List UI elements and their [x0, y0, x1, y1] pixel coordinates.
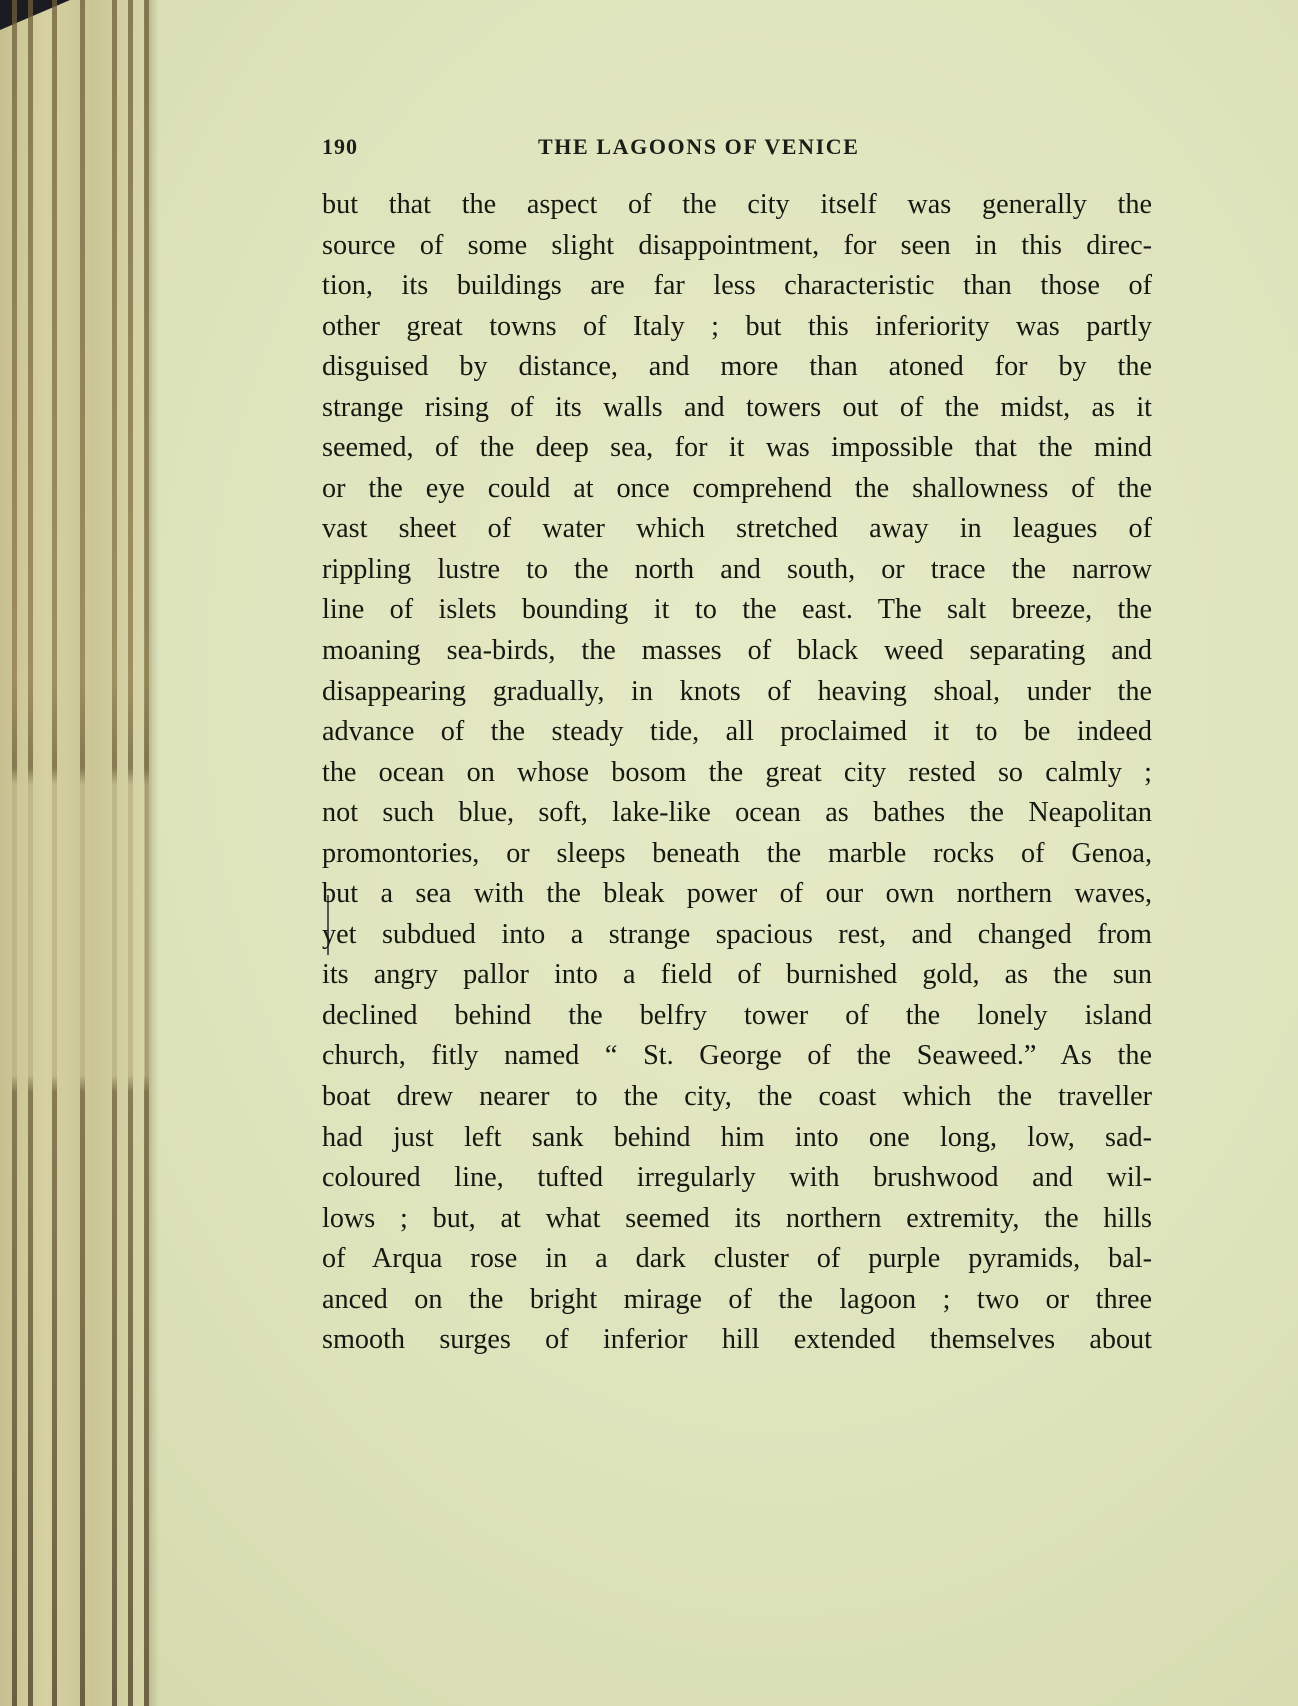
running-header: 190 THE LAGOONS OF VENICE [322, 134, 1152, 164]
text-line: rippling lustre to the north and south, … [322, 550, 1152, 591]
text-line: tion, its buildings are far less charact… [322, 266, 1152, 307]
book-page: 190 THE LAGOONS OF VENICE but that the a… [0, 0, 1298, 1706]
text-line: not such blue, soft, lake-like ocean as … [322, 793, 1152, 834]
page-edge-line [52, 0, 57, 1706]
text-line: smooth surges of inferior hill extended … [322, 1320, 1152, 1361]
page-edge-line [28, 0, 33, 1706]
text-line: anced on the bright mirage of the lagoon… [322, 1280, 1152, 1321]
gutter-shadow [145, 0, 159, 1706]
text-line: boat drew nearer to the city, the coast … [322, 1077, 1152, 1118]
text-line: but a sea with the bleak power of our ow… [322, 874, 1152, 915]
text-line: had just left sank behind him into one l… [322, 1118, 1152, 1159]
page-number: 190 [322, 134, 358, 160]
page-edge-line [128, 0, 133, 1706]
text-line: strange rising of its walls and towers o… [322, 388, 1152, 429]
dark-background-corner [0, 0, 70, 30]
text-line: moaning sea-birds, the masses of black w… [322, 631, 1152, 672]
text-line: of Arqua rose in a dark cluster of purpl… [322, 1239, 1152, 1280]
text-line: line of islets bounding it to the east. … [322, 590, 1152, 631]
text-line: seemed, of the deep sea, for it was impo… [322, 428, 1152, 469]
body-text: but that the aspect of the city itself w… [322, 185, 1152, 1361]
text-line: lows ; but, at what seemed its northern … [322, 1199, 1152, 1240]
text-line: advance of the steady tide, all proclaim… [322, 712, 1152, 753]
text-line: disappearing gradually, in knots of heav… [322, 672, 1152, 713]
text-line: promontories, or sleeps beneath the marb… [322, 834, 1152, 875]
text-line: declined behind the belfry tower of the … [322, 996, 1152, 1037]
text-line: disguised by distance, and more than ato… [322, 347, 1152, 388]
text-line: coloured line, tufted irregularly with b… [322, 1158, 1152, 1199]
text-line: but that the aspect of the city itself w… [322, 185, 1152, 226]
text-line: yet subdued into a strange spacious rest… [322, 915, 1152, 956]
text-line: the ocean on whose bosom the great city … [322, 753, 1152, 794]
text-line: source of some slight disappointment, fo… [322, 226, 1152, 267]
page-edge-line [112, 0, 117, 1706]
page-edge-line [80, 0, 85, 1706]
text-line: or the eye could at once comprehend the … [322, 469, 1152, 510]
stacked-page-edges [0, 0, 152, 1706]
text-line: its angry pallor into a field of burnish… [322, 955, 1152, 996]
text-line: other great towns of Italy ; but this in… [322, 307, 1152, 348]
page-edge-line [12, 0, 17, 1706]
running-title: THE LAGOONS OF VENICE [538, 134, 860, 160]
text-line: vast sheet of water which stretched away… [322, 509, 1152, 550]
text-line: church, fitly named “ St. George of the … [322, 1036, 1152, 1077]
